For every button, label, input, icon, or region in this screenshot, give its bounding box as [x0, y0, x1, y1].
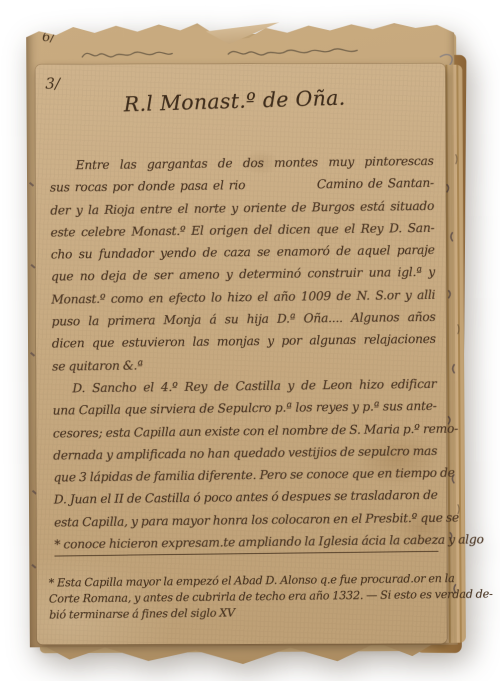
edge-ink-tick [30, 352, 35, 357]
edge-ink-tick [30, 264, 35, 269]
manuscript-photo: 6/ [0, 0, 500, 681]
text-line: dicen que estuvieron las monjas y por al… [52, 328, 436, 355]
paper-stack: 6/ [26, 21, 468, 660]
manuscript-body: Entre las gargantas de dos montes muy pi… [50, 150, 439, 557]
underpage-number: 6/ [42, 30, 55, 45]
page-title: R.l Monast.º de Oña. [123, 83, 446, 117]
handwriting-fragment [78, 41, 438, 65]
edge-ink-tick [29, 182, 34, 187]
footnote-line: bió terminarse á fines del siglo XV [49, 603, 439, 623]
page-number: 3/ [45, 75, 60, 93]
text-line-footnote-ref: * conoce hicieron expresam.te ampliando … [54, 529, 438, 557]
manuscript-page: 3/ R.l Monast.º de Oña. Entre las gargan… [35, 64, 447, 645]
footnote: * Esta Capilla mayor la empezó el Abad D… [49, 571, 440, 623]
